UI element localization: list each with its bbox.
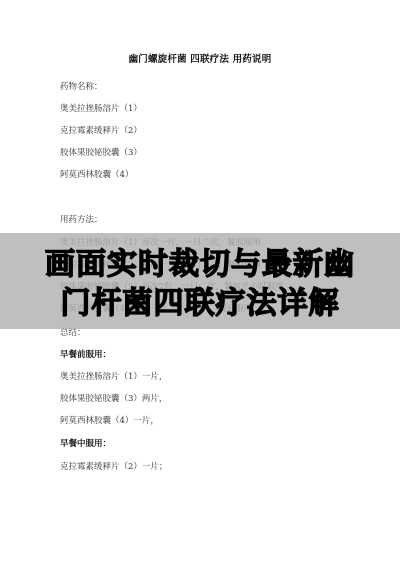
before-breakfast-item: 奥美拉挫肠溶片（1）一片， [60, 371, 167, 383]
drug-name-item: 克拉霉素缓释片（2） [60, 125, 142, 137]
document-title: 幽门螺旋杆菌 四联疗法 用药说明 [0, 51, 400, 65]
drug-name-item: 胶体果胶铋胶囊（3） [60, 147, 142, 159]
drug-name-item: 奥美拉挫肠溶片（1） [60, 103, 142, 115]
headline-line-1: 画面实时裁切与最新幽 [0, 249, 400, 281]
during-breakfast-heading: 早餐中服用： [60, 438, 111, 450]
drug-names-heading: 药物名称： [60, 81, 103, 93]
headline-line-2: 门杆菌四联疗法详解 [0, 288, 400, 320]
during-breakfast-item: 克拉霉素缓释片（2）一片； [60, 461, 167, 473]
before-breakfast-item: 胶体果胶铋胶囊（3）两片， [60, 393, 167, 405]
usage-heading: 用药方法： [60, 214, 103, 226]
before-breakfast-heading: 早餐前服用： [60, 349, 111, 361]
before-breakfast-item: 阿莫西林胶囊（4）一片， [60, 415, 159, 427]
drug-name-item: 阿莫西林胶囊（4） [60, 169, 133, 181]
